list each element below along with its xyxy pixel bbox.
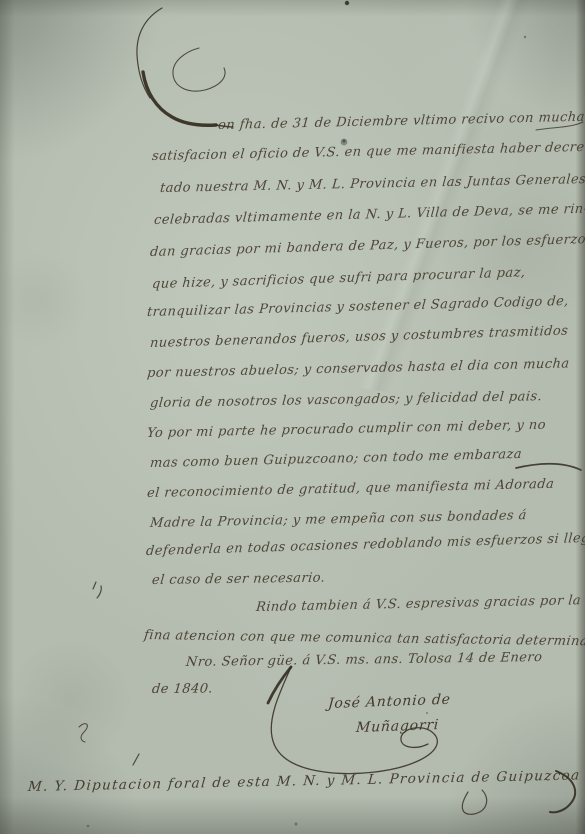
manuscript-line: el caso de ser necesario. bbox=[151, 571, 326, 588]
initial-letter-c-flourish bbox=[137, 8, 233, 127]
manuscript-line: Nro. Señor güe. á V.S. ms. ans. Tolosa 1… bbox=[185, 650, 543, 670]
manuscript-line: el reconocimiento de gratitud, que manif… bbox=[146, 477, 554, 501]
signature-surname: Muñagorri bbox=[355, 717, 439, 736]
manuscript-line: Rindo tambien á V.S. espresivas gracias … bbox=[255, 593, 581, 615]
manuscript-line: dan gracias por mi bandera de Paz, y Fue… bbox=[149, 232, 585, 260]
manuscript-line: celebradas vltimamente en la N. y L. Vil… bbox=[153, 202, 585, 228]
manuscript-line: on fha. de 31 de Diciembre vltimo recivo… bbox=[217, 110, 585, 133]
manuscript-line: tranquilizar las Provincias y sostener e… bbox=[146, 294, 569, 320]
manuscript-line: por nuestros abuelos; y conservados hast… bbox=[146, 356, 570, 381]
addressee-docket: M. Y. Diputacion foral de esta M. N. y M… bbox=[27, 767, 581, 795]
signature-name: José Antonio de bbox=[327, 692, 451, 712]
manuscript-line: tado nuestra M. N. y M. L. Provincia en … bbox=[159, 172, 585, 196]
manuscript-line: gloria de nosotros los vascongados; y fe… bbox=[149, 389, 542, 411]
manuscript-line: de 1840. bbox=[151, 681, 213, 697]
manuscript-line: que hize, y sacrificios que sufri para p… bbox=[151, 265, 526, 292]
manuscript-line: defenderla en todas ocasiones redoblando… bbox=[145, 530, 585, 559]
manuscript-line: fina atencion con que me comunica tan sa… bbox=[143, 628, 585, 650]
manuscript-scan: on fha. de 31 de Diciembre vltimo recivo… bbox=[0, 0, 585, 834]
manuscript-line: nuestros benerandos fueros, usos y costu… bbox=[149, 324, 568, 351]
manuscript-line: satisfacion el oficio de V.S. en que me … bbox=[151, 140, 585, 164]
manuscript-line: mas como buen Guipuzcoano; con todo me e… bbox=[149, 447, 522, 471]
margin-marks bbox=[79, 582, 139, 765]
manuscript-line: Yo por mi parte he procurado cumplir con… bbox=[146, 418, 546, 441]
line12-tail-flourish bbox=[516, 464, 581, 470]
manuscript-line: Madre la Provincia; y me empeña con sus … bbox=[149, 508, 527, 531]
